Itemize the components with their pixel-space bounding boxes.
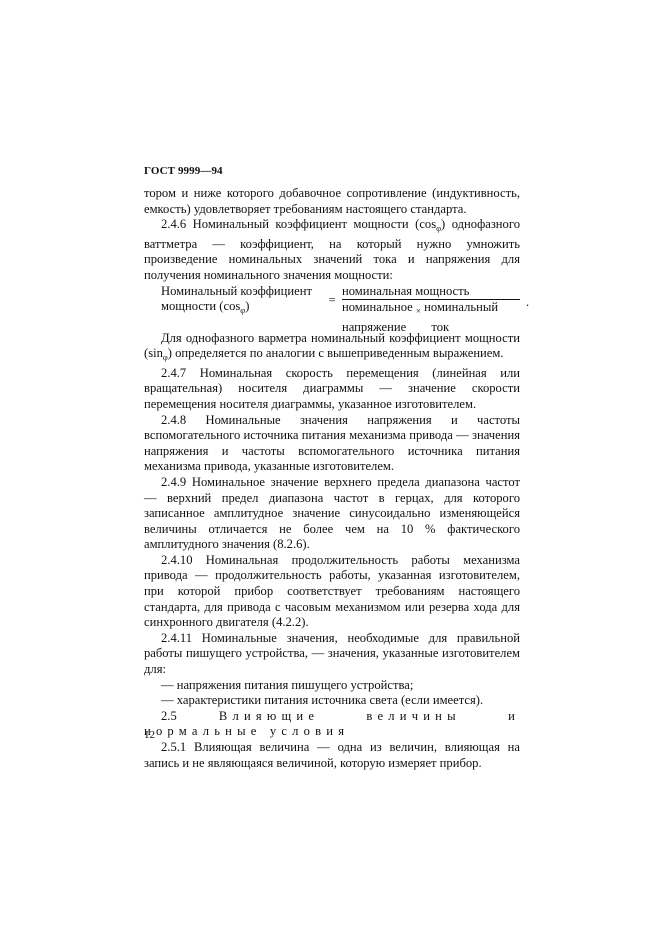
power-factor-formula: Номинальный коэффициент мощности (cosφ) … <box>161 284 520 331</box>
formula-lhs-line2: мощности (cosφ) <box>161 299 322 319</box>
formula-lhs-line1: Номинальный коэффициент <box>161 284 322 300</box>
paragraph-text: 2.4.6 Номинальный коэффициент мощности (… <box>161 217 436 231</box>
paragraph-2-4-7: 2.4.7 Номинальная скорость перемещения (… <box>144 366 520 413</box>
paragraph-text: ) определяется по аналогии с вышеприведе… <box>168 346 504 360</box>
paragraph-continuation: тором и ниже которого добавочное сопроти… <box>144 186 520 217</box>
formula-text: напряжение <box>342 320 406 334</box>
paragraph-2-4-10: 2.4.10 Номинальная продолжительность раб… <box>144 553 520 631</box>
formula-text: мощности (cos <box>161 299 240 313</box>
formula-denominator: номинальное × номинальный <box>342 300 520 320</box>
page-number: 12 <box>144 729 155 741</box>
formula-numerator: номинальная мощность <box>342 284 520 301</box>
formula-text: номинальный <box>424 300 498 314</box>
paragraph-2-5-1: 2.5.1 Влияющая величина — одна из величи… <box>144 740 520 771</box>
section-heading-2-5: 2.5 Влияющие величины и нормальные услов… <box>144 709 520 740</box>
section-number: 2.5 <box>161 709 177 723</box>
paragraph-2-4-11: 2.4.11 Номинальные значения, необходимые… <box>144 631 520 678</box>
formula-denominator-labels: напряжение ток <box>342 320 520 336</box>
paragraph-2-4-8: 2.4.8 Номинальные значения напряжения и … <box>144 413 520 475</box>
section-title: Влияющие величины и нормальные условия <box>144 709 520 739</box>
paragraph-2-4-6: 2.4.6 Номинальный коэффициент мощности (… <box>144 217 520 283</box>
formula-text: ток <box>431 320 449 334</box>
list-item: — напряжения питания пишущего устройства… <box>144 678 520 694</box>
formula-text: ) <box>245 299 249 313</box>
paragraph-varmeter: Для однофазного варметра номинальный коэ… <box>144 331 520 366</box>
formula-end-dot: . <box>526 295 529 311</box>
multiply-sign: × <box>416 306 421 316</box>
formula-lhs: Номинальный коэффициент мощности (cosφ) <box>161 284 322 331</box>
paragraph-2-4-9: 2.4.9 Номинальное значение верхнего пред… <box>144 475 520 553</box>
body-text: тором и ниже которого добавочное сопроти… <box>144 186 520 771</box>
formula-text: номинальное <box>342 300 413 314</box>
formula-rhs: номинальная мощность номинальное × номин… <box>342 284 520 331</box>
equals-sign: = <box>322 284 342 331</box>
paragraph-text: тором и ниже которого добавочное сопроти… <box>144 186 520 216</box>
document-header: ГОСТ 9999—94 <box>144 165 223 177</box>
list-item: — характеристики питания источника света… <box>144 693 520 709</box>
